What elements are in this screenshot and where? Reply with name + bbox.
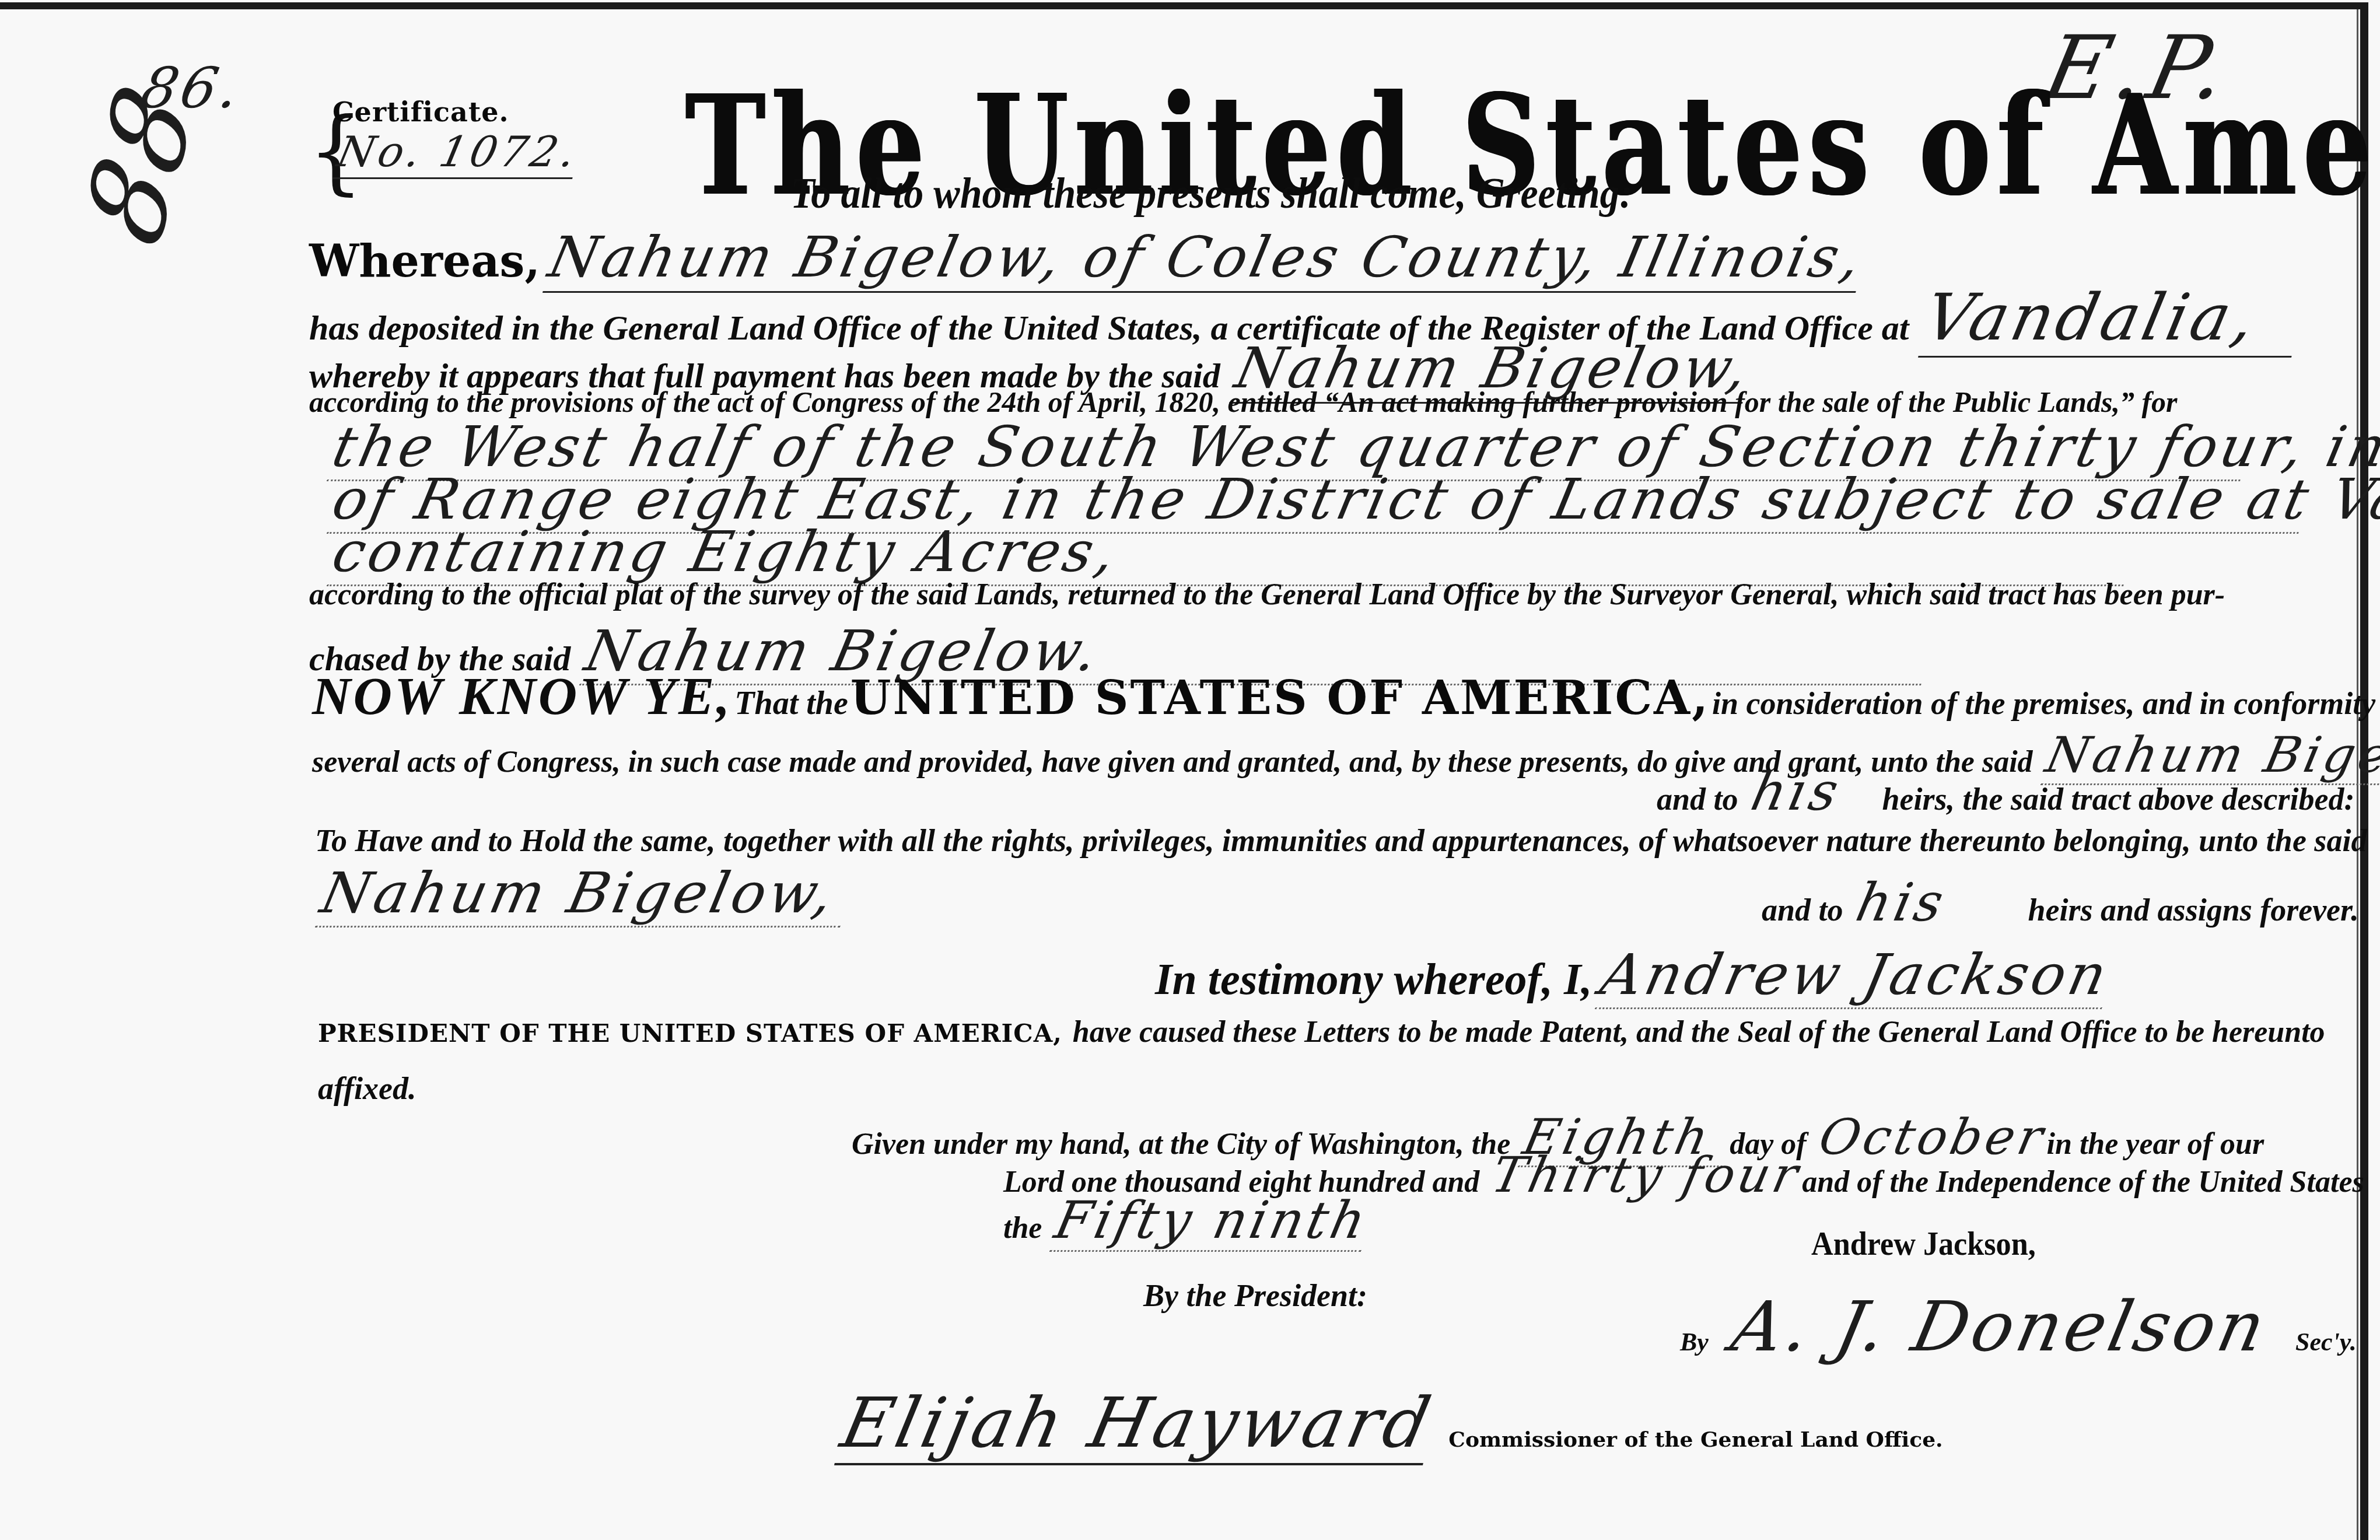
top-border — [0, 2, 2367, 9]
president-line: PRESIDENT OF THE UNITED STATES OF AMERIC… — [318, 1015, 2325, 1049]
pronoun-his-1: his — [1746, 761, 1887, 822]
by-the-president: By the President: — [1143, 1277, 1367, 1314]
secretary-signature: A. J. Donelson — [1725, 1286, 2276, 1367]
certificate-number: No. 1072. — [332, 127, 583, 179]
secretary-abbrev: Sec'y. — [2295, 1328, 2357, 1356]
grantee-name-4: Nahum Bigelow, — [315, 860, 854, 928]
greeting: To all to whom these presents shall come… — [790, 169, 1633, 219]
assigns-forever-text: heirs and assigns forever. — [2028, 892, 2359, 928]
by-text: By — [1680, 1328, 1709, 1356]
whereas-lead: Whereas, — [309, 235, 540, 287]
year-handwritten: Thirty four — [1487, 1146, 1807, 1203]
testimony-line: In testimony whereof, I, Andrew Jackson — [1155, 942, 2101, 1009]
president-name-handwritten: Andrew Jackson — [1595, 942, 2116, 1009]
letters-patent-text: have caused these Letters to be made Pat… — [1073, 1016, 2325, 1049]
the-text: the — [1003, 1212, 1042, 1245]
testimony-lead: In testimony whereof, I, — [1155, 955, 1592, 1004]
independence-year-handwritten: Fifty ninth — [1049, 1190, 1374, 1252]
consideration-text: in consideration of the premises, and in… — [1712, 686, 2380, 721]
certificate-label: Certificate. — [332, 96, 509, 128]
tract-above-text: heirs, the said tract above described: — [1882, 782, 2355, 817]
usa-name: UNITED STATES OF AMERICA, — [850, 670, 1710, 725]
and-to-text: and to — [1657, 782, 1738, 817]
grant-line-1: NOW KNOW YE, That the UNITED STATES OF A… — [312, 665, 2380, 727]
independence-line: the Fifty ninth — [1003, 1190, 1361, 1252]
land-office-name: Vandalia, — [1918, 280, 2308, 358]
and-to-text-2: and to — [1762, 892, 1843, 928]
commissioner-line: Elijah Hayward Commissioner of the Gener… — [834, 1382, 1943, 1465]
habendum-text: To Have and to Hold the same, together w… — [315, 822, 2367, 859]
now-know-ye: NOW KNOW YE, — [312, 666, 732, 726]
president-title: PRESIDENT OF THE UNITED STATES OF AMERIC… — [318, 1019, 1062, 1048]
tract-description-3: containing Eighty Acres, — [327, 519, 2137, 586]
official-plat-text: according to the official plat of the su… — [309, 577, 2225, 612]
independence-text: and of the Independence of the United St… — [1802, 1165, 2364, 1199]
commissioner-signature: Elijah Hayward — [834, 1382, 1440, 1465]
pronoun-his-2: his — [1851, 872, 2033, 933]
that-the: That the — [734, 685, 848, 722]
affixed-text: affixed. — [318, 1070, 416, 1107]
secretary-line: By A. J. Donelson Sec'y. — [1680, 1286, 2357, 1367]
grant-line-5: and to his heirs and assigns forever. — [1762, 872, 2359, 933]
president-printed-name: Andrew Jackson, — [1811, 1224, 2036, 1263]
grant-line-3: and to his heirs, the said tract above d… — [1657, 761, 2354, 822]
commissioner-title: Commissioner of the General Land Office. — [1448, 1427, 1943, 1452]
